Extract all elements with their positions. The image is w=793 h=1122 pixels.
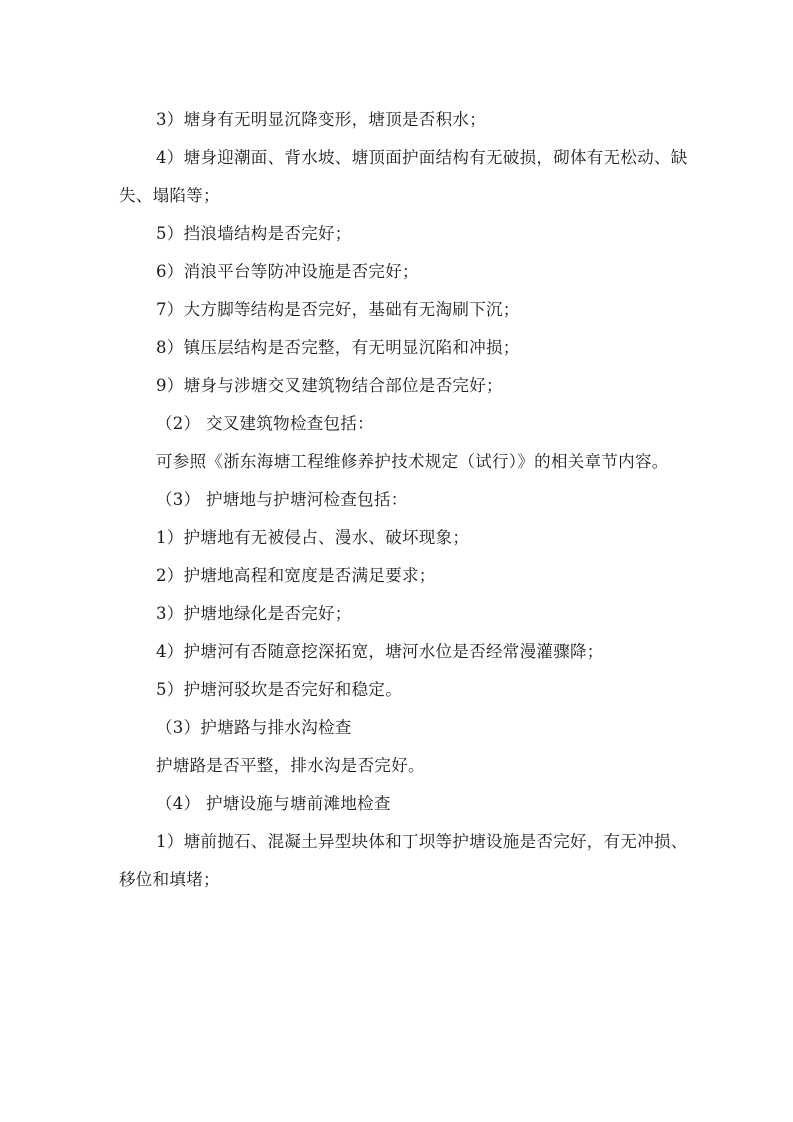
paragraph-river-item-4: 4）护塘河有否随意挖深拓宽，塘河水位是否经常漫灌骤降；: [119, 633, 689, 671]
document-body: 3）塘身有无明显沉降变形，塘顶是否积水； 4）塘身迎潮面、背水坡、塘顶面护面结构…: [119, 101, 689, 899]
paragraph-road-drainage: 护塘路是否平整，排水沟是否完好。: [119, 747, 689, 785]
paragraph-item-4-surface-damage: 4）塘身迎潮面、背水坡、塘顶面护面结构有无破损，砌体有无松动、缺失、塌陷等；: [119, 139, 689, 215]
paragraph-item-7-footing: 7）大方脚等结构是否完好，基础有无淘刷下沉；: [119, 291, 689, 329]
section-heading-2-cross-structures: （2） 交叉建筑物检查包括：: [119, 405, 689, 443]
paragraph-land-item-2: 2）护塘地高程和宽度是否满足要求；: [119, 557, 689, 595]
document-page: 3）塘身有无明显沉降变形，塘顶是否积水； 4）塘身迎潮面、背水坡、塘顶面护面结构…: [0, 0, 793, 1122]
section-heading-4-facilities-beach: （4） 护塘设施与塘前滩地检查: [119, 785, 689, 823]
paragraph-item-3-settlement: 3）塘身有无明显沉降变形，塘顶是否积水；: [119, 101, 689, 139]
paragraph-item-8-ballast-layer: 8）镇压层结构是否完整，有无明显沉陷和冲损；: [119, 329, 689, 367]
paragraph-facilities-item-1: 1）塘前抛石、混凝土异型块体和丁坝等护塘设施是否完好，有无冲损、移位和填堵；: [119, 823, 689, 899]
paragraph-item-5-wave-wall: 5）挡浪墙结构是否完好；: [119, 215, 689, 253]
paragraph-land-item-3: 3）护塘地绿化是否完好；: [119, 595, 689, 633]
paragraph-item-9-junction: 9）塘身与涉塘交叉建筑物结合部位是否完好；: [119, 367, 689, 405]
paragraph-land-item-1: 1）护塘地有无被侵占、漫水、破坏现象；: [119, 519, 689, 557]
paragraph-reference: 可参照《浙东海塘工程维修养护技术规定（试行）》的相关章节内容。: [119, 443, 689, 481]
paragraph-item-6-wave-platform: 6）消浪平台等防冲设施是否完好；: [119, 253, 689, 291]
section-heading-3-road-drainage: （3）护塘路与排水沟检查: [119, 709, 689, 747]
section-heading-3-protection-land-river: （3） 护塘地与护塘河检查包括：: [119, 481, 689, 519]
paragraph-river-item-5: 5）护塘河驳坎是否完好和稳定。: [119, 671, 689, 709]
